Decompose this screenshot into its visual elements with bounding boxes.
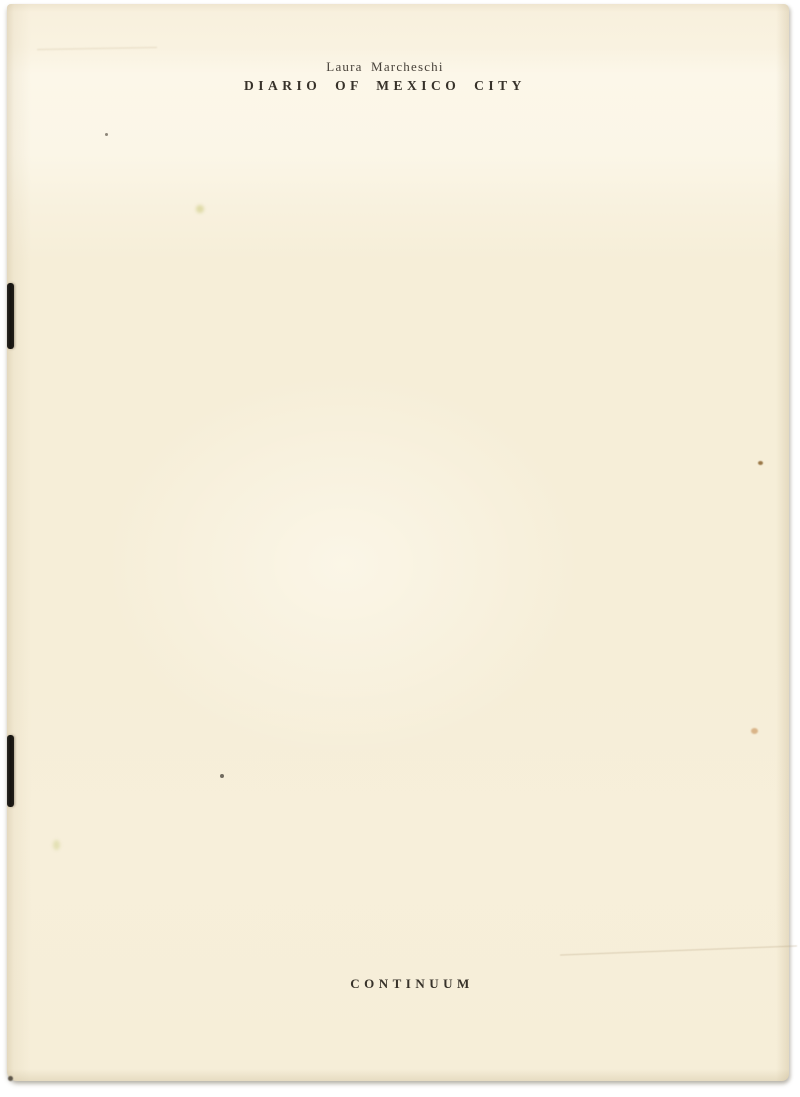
paper-speck [8, 1076, 13, 1081]
book-cover-page: Laura Marcheschi DIARIO OF MEXICO CITY C… [7, 4, 789, 1081]
paper-speck [53, 840, 60, 850]
staple-mark-top [7, 283, 14, 349]
book-title: DIARIO OF MEXICO CITY [0, 77, 776, 94]
paper-speck [220, 774, 224, 778]
paper-speck [758, 461, 763, 465]
paper-crease [560, 945, 797, 955]
author-name: Laura Marcheschi [0, 58, 776, 75]
paper-sheen [101, 370, 586, 758]
title-block: Laura Marcheschi DIARIO OF MEXICO CITY [0, 58, 776, 94]
paper-crease [37, 47, 157, 50]
paper-speck [751, 728, 758, 734]
paper-speck [105, 133, 108, 136]
staple-mark-bottom [7, 735, 14, 807]
paper-speck [196, 205, 204, 213]
publisher-name: CONTINUUM [21, 975, 800, 992]
